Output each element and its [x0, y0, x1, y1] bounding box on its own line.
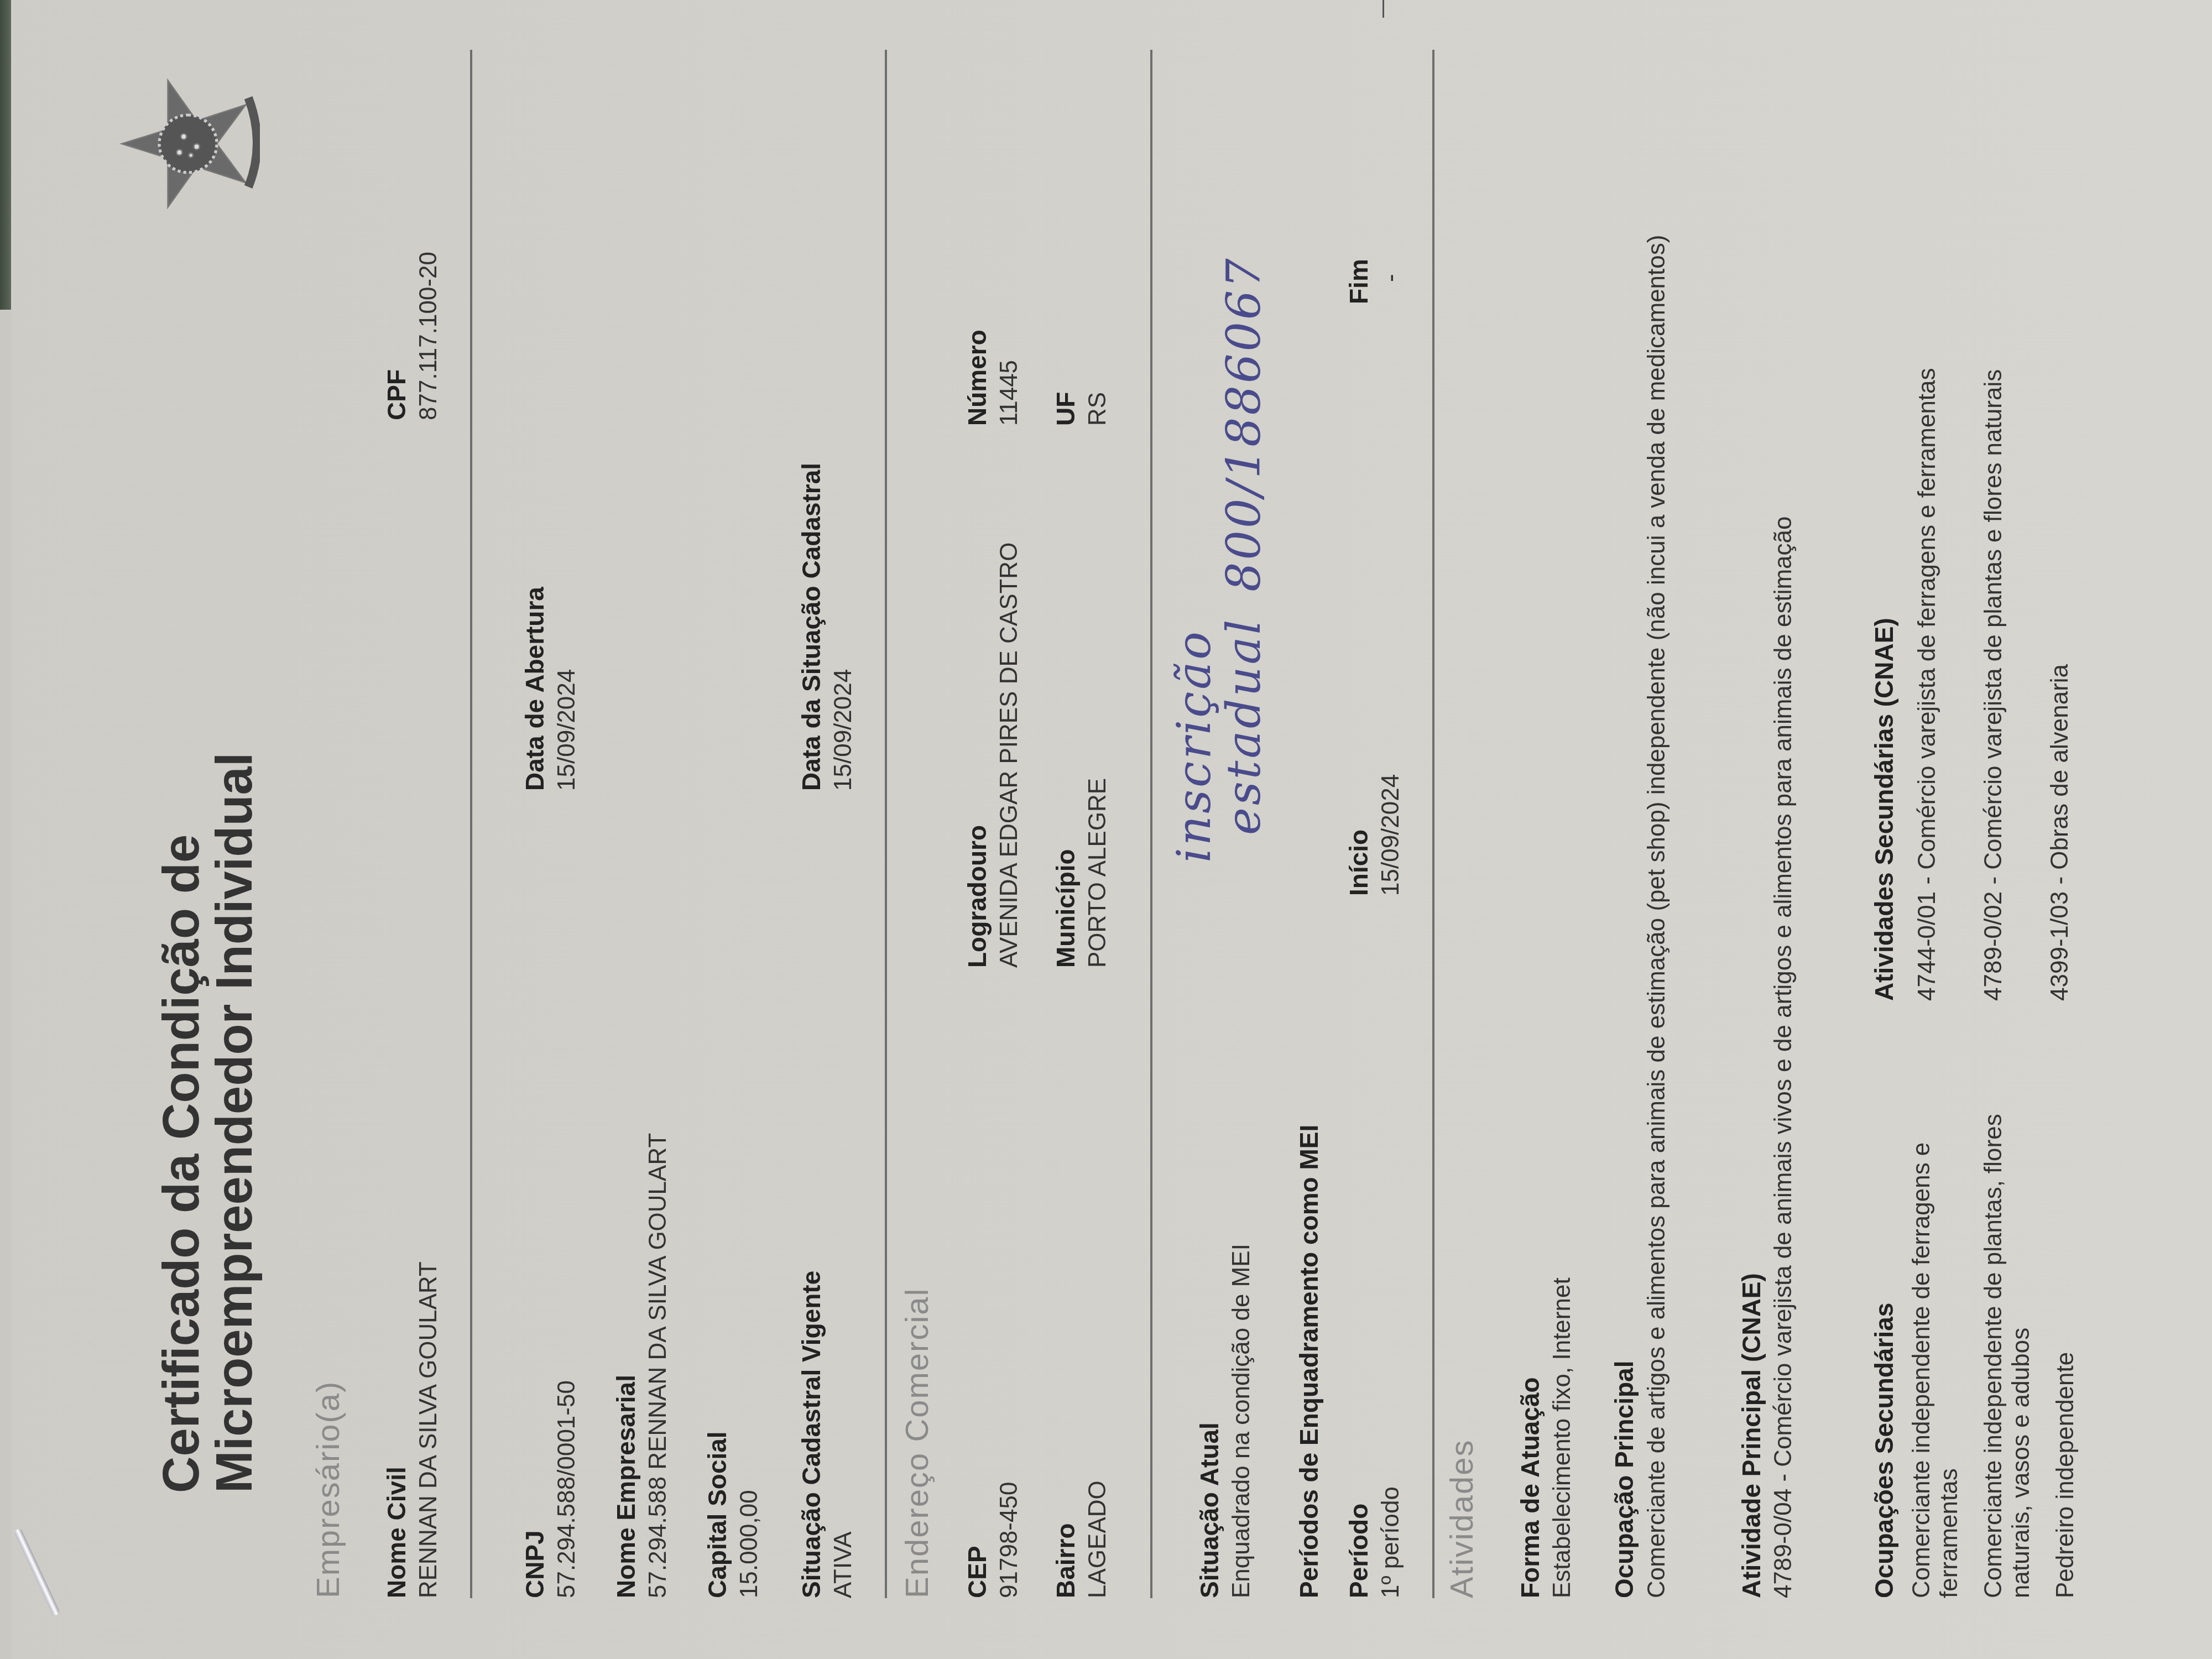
ocupacao-principal-value: Comerciante de artigos e alimentos para …: [1642, 105, 1671, 1598]
ocupacao-principal-label: Ocupação Principal: [1609, 1361, 1639, 1598]
numero-label: Número: [962, 330, 992, 426]
cpf-label: CPF: [382, 369, 411, 420]
forma-atuacao-value: Estabelecimento fixo, Internet: [1548, 1277, 1576, 1598]
atividade-secundaria-item: 4744-0/01 - Comércio varejista de ferrag…: [1913, 368, 1941, 1001]
situacao-atual-value: Enquadrado na condição de MEI: [1228, 1244, 1255, 1598]
atividade-principal-label: Atividade Principal (CNAE): [1736, 1273, 1766, 1598]
numero-value: 11445: [995, 360, 1023, 426]
atividade-secundaria-item: 4789-0/02 - Comércio varejista de planta…: [1980, 369, 2007, 1001]
title-line-1: Certificado da Condição de: [155, 753, 208, 1493]
capital-social-value: 15.000,00: [735, 1490, 763, 1598]
handwritten-inscricao-number: 800/1886067: [1217, 256, 1271, 592]
municipio-value: PORTO ALEGRE: [1084, 778, 1112, 968]
uf-label: UF: [1051, 392, 1081, 426]
logradouro-label: Logradouro: [962, 825, 992, 968]
situacao-atual-label: Situação Atual: [1194, 1422, 1224, 1598]
cep-value: 91798-450: [995, 1482, 1023, 1598]
divider: [885, 50, 887, 1598]
ocupacao-secundaria-item: Comerciante independente de ferragens e …: [1908, 1045, 1963, 1598]
section-endereco: Endereço Comercial: [899, 1288, 936, 1598]
section-atividades: Atividades: [1443, 1439, 1480, 1598]
fim-value: -: [1377, 274, 1405, 282]
periodo-header: Período: [1344, 1504, 1374, 1598]
divider: [1150, 50, 1152, 1598]
fim-header: Fim: [1344, 259, 1374, 304]
certificate-page: Certificado da Condição de Microempreend…: [28, 28, 2184, 1631]
data-abertura-label: Data de Abertura: [520, 587, 550, 791]
edge-mark: [1383, 0, 1384, 18]
periodos-title: Períodos de Enquadramento como MEI: [1294, 1125, 1324, 1598]
nome-empresarial-label: Nome Empresarial: [611, 1375, 641, 1598]
cnpj-value: 57.294.588/0001-50: [553, 1380, 581, 1598]
nome-empresarial-value: 57.294.588 RENNAN DA SILVA GOULART: [644, 1133, 672, 1598]
inicio-value: 15/09/2024: [1377, 774, 1405, 896]
bairro-value: LAGEADO: [1084, 1480, 1112, 1598]
cep-label: CEP: [962, 1546, 992, 1598]
ocupacoes-secundarias-label: Ocupações Secundárias: [1869, 1303, 1899, 1598]
page-title: Certificado da Condição de Microempreend…: [155, 753, 261, 1493]
data-situacao-label: Data da Situação Cadastral: [796, 463, 826, 791]
nome-civil-label: Nome Civil: [382, 1467, 411, 1598]
atividade-secundaria-item: 4399-1/03 - Obras de alvenaria: [2046, 664, 2074, 1001]
cpf-value: 877.117.100-20: [415, 252, 442, 420]
uf-value: RS: [1084, 392, 1112, 426]
data-situacao-value: 15/09/2024: [830, 669, 857, 791]
municipio-label: Município: [1051, 849, 1081, 968]
divider: [1432, 50, 1434, 1598]
divider: [470, 50, 472, 1598]
nome-civil-value: RENNAN DA SILVA GOULART: [415, 1261, 442, 1598]
ocupacao-secundaria-item: Comerciante independente de plantas, flo…: [1980, 1018, 2035, 1598]
situacao-cadastral-value: ATIVA: [830, 1531, 857, 1598]
handwritten-note-line1: inscrição: [1167, 629, 1221, 863]
cnpj-label: CNPJ: [520, 1530, 550, 1598]
handwritten-note-line2: estadual: [1217, 618, 1271, 835]
data-abertura-value: 15/09/2024: [553, 669, 581, 791]
logradouro-value: AVENIDA EDGAR PIRES DE CASTRO: [995, 542, 1023, 968]
inicio-header: Início: [1344, 830, 1374, 896]
brazil-coat-of-arms-icon: [116, 72, 260, 216]
title-line-2: Microempreendedor Individual: [208, 753, 261, 1493]
periodo-value: 1º período: [1377, 1486, 1405, 1598]
capital-social-label: Capital Social: [702, 1431, 732, 1598]
bairro-label: Bairro: [1051, 1524, 1081, 1598]
atividades-secundarias-label: Atividades Secundárias (CNAE): [1869, 618, 1899, 1001]
ocupacao-secundaria-item: Pedreiro independente: [2052, 1352, 2079, 1598]
atividade-principal-value: 4789-0/04 - Comércio varejista de animai…: [1770, 516, 1797, 1598]
section-empresario: Empresário(a): [310, 1381, 347, 1598]
forma-atuacao-label: Forma de Atuação: [1515, 1377, 1545, 1598]
situacao-cadastral-label: Situação Cadastral Vigente: [796, 1271, 826, 1598]
